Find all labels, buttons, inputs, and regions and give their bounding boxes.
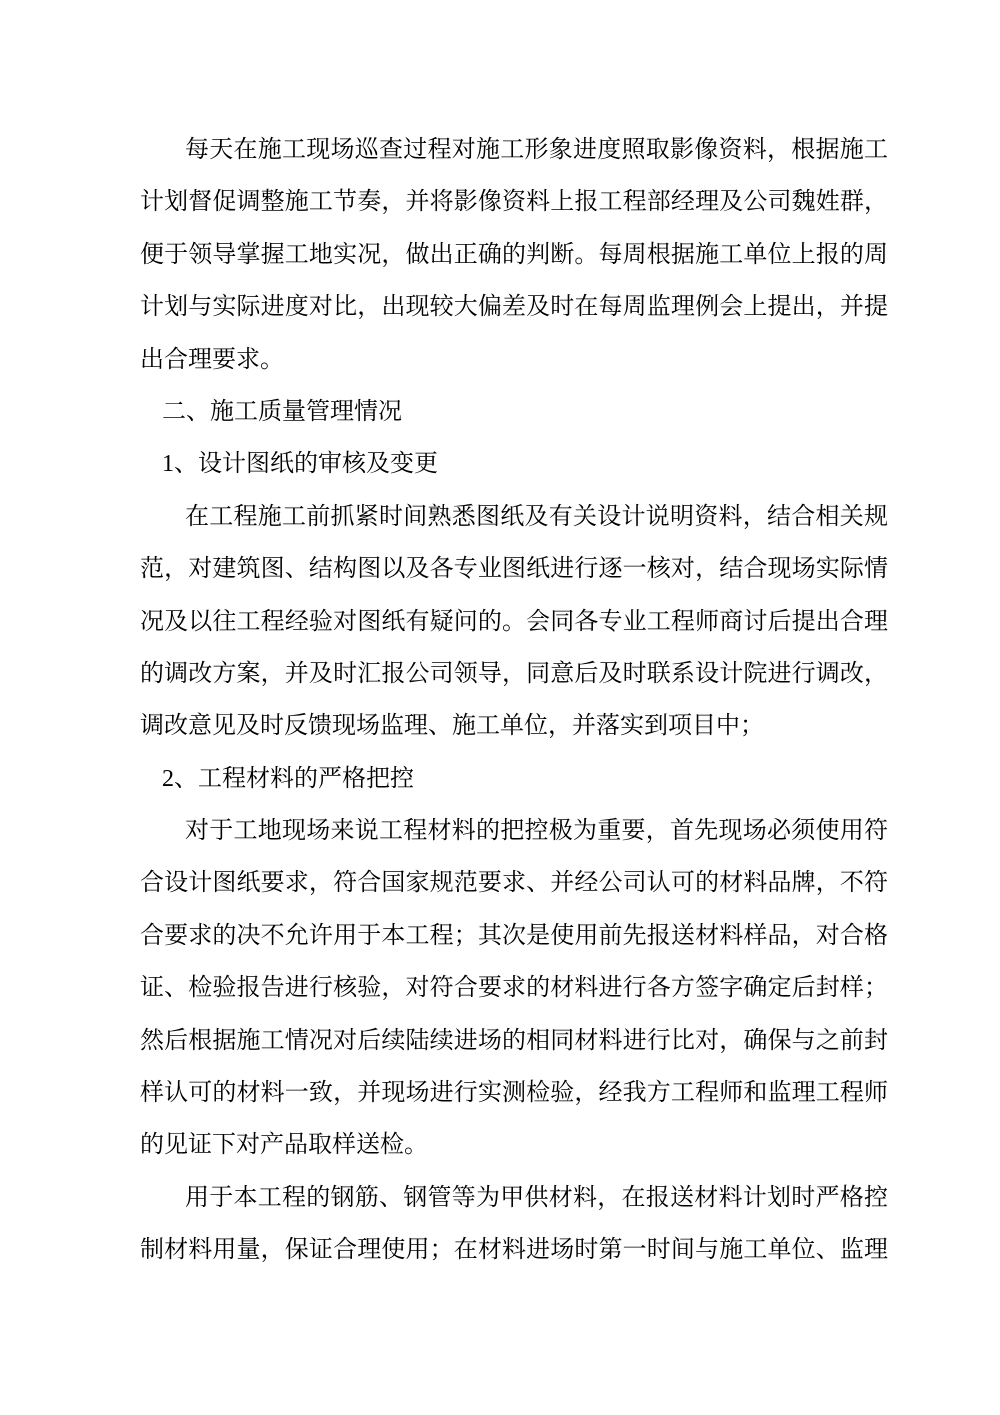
paragraph-line: 计划督促调整施工节奏，并将影像资料上报工程部经理及公司魏姓群， (140, 176, 888, 228)
heading-line: 2、工程材料的严格把控 (140, 753, 888, 805)
paragraph-line: 制材料用量，保证合理使用；在材料进场时第一时间与施工单位、监理 (140, 1224, 888, 1276)
heading-line: 二、施工质量管理情况 (140, 386, 888, 438)
paragraph-line: 的调改方案，并及时汇报公司领导，同意后及时联系设计院进行调改， (140, 648, 888, 700)
paragraph-line: 每天在施工现场巡查过程对施工形象进度照取影像资料，根据施工 (140, 124, 888, 176)
paragraph-line: 计划与实际进度对比，出现较大偏差及时在每周监理例会上提出，并提 (140, 281, 888, 333)
paragraph-line: 出合理要求。 (140, 334, 888, 386)
heading-line: 1、设计图纸的审核及变更 (140, 438, 888, 490)
paragraph-line: 况及以往工程经验对图纸有疑问的。会同各专业工程师商讨后提出合理 (140, 596, 888, 648)
paragraph-line: 在工程施工前抓紧时间熟悉图纸及有关设计说明资料，结合相关规 (140, 491, 888, 543)
paragraph-line: 的见证下对产品取样送检。 (140, 1119, 888, 1171)
paragraph-line: 调改意见及时反馈现场监理、施工单位，并落实到项目中； (140, 700, 888, 752)
document-page: 每天在施工现场巡查过程对施工形象进度照取影像资料，根据施工计划督促调整施工节奏，… (0, 0, 1000, 1415)
paragraph-line: 用于本工程的钢筋、钢管等为甲供材料，在报送材料计划时严格控 (140, 1172, 888, 1224)
paragraph-line: 证、检验报告进行核验，对符合要求的材料进行各方签字确定后封样； (140, 962, 888, 1014)
paragraph-line: 便于领导掌握工地实况，做出正确的判断。每周根据施工单位上报的周 (140, 229, 888, 281)
paragraph-line: 合设计图纸要求，符合国家规范要求、并经公司认可的材料品牌，不符 (140, 857, 888, 909)
paragraph-line: 合要求的决不允许用于本工程；其次是使用前先报送材料样品，对合格 (140, 910, 888, 962)
paragraph-line: 样认可的材料一致，并现场进行实测检验，经我方工程师和监理工程师 (140, 1067, 888, 1119)
paragraph-line: 然后根据施工情况对后续陆续进场的相同材料进行比对，确保与之前封 (140, 1015, 888, 1067)
paragraph-line: 对于工地现场来说工程材料的把控极为重要，首先现场必须使用符 (140, 805, 888, 857)
paragraph-line: 范，对建筑图、结构图以及各专业图纸进行逐一核对，结合现场实际情 (140, 543, 888, 595)
document-content: 每天在施工现场巡查过程对施工形象进度照取影像资料，根据施工计划督促调整施工节奏，… (140, 124, 888, 1277)
